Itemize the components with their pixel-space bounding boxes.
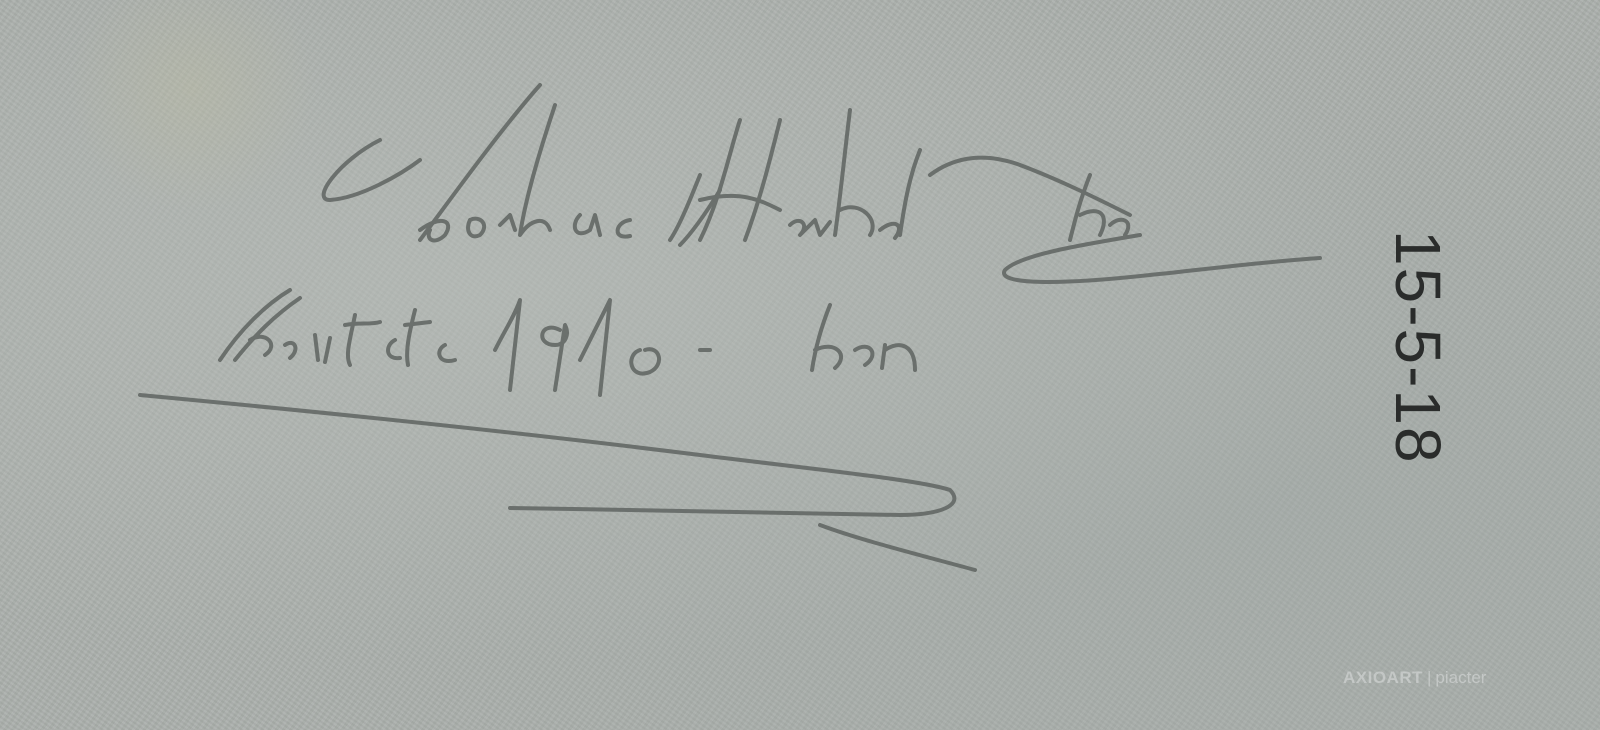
watermark-separator: | (1427, 668, 1431, 687)
watermark-suffix: piacter (1435, 668, 1486, 687)
caption-text: Készítette 1910-ben (200, 290, 1011, 383)
signature-text: Csorba Marika (330, 95, 1185, 223)
watermark-brand: AXIOART (1343, 668, 1423, 687)
watermark: AXIOART|piacter (1343, 668, 1486, 688)
date-mark: 15-5-18 (1385, 230, 1455, 460)
